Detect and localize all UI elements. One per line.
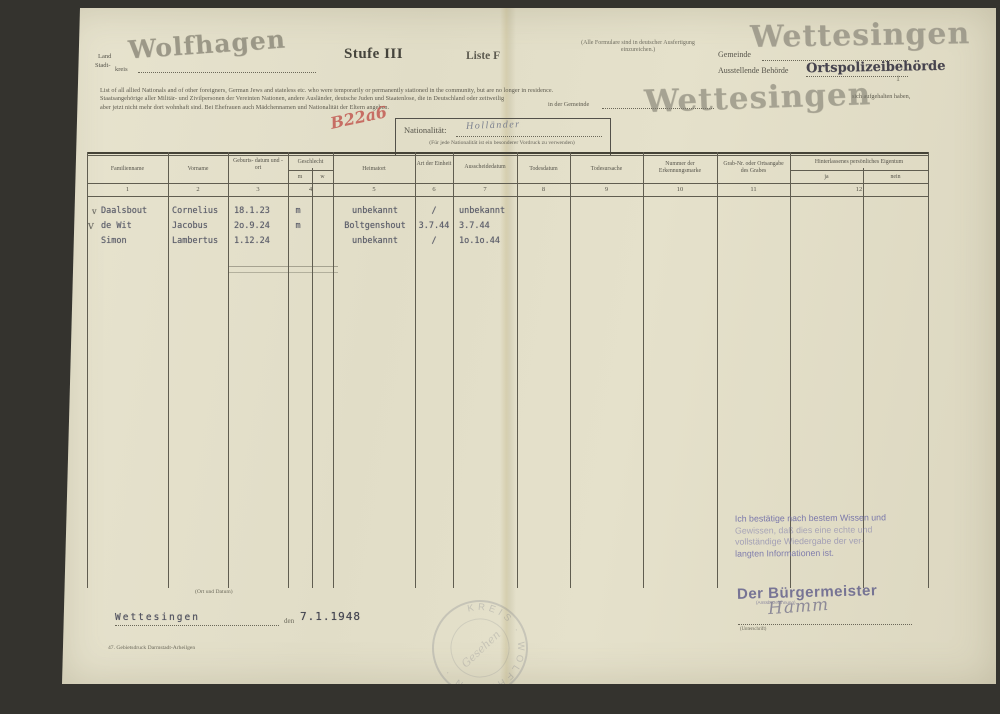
cell-einheit: /: [415, 206, 453, 216]
land-label: Land: [98, 53, 111, 60]
intro-gemeinde-fragment: in der Gemeinde: [548, 101, 589, 108]
col-number: 1: [87, 186, 168, 193]
cell-einheit: /: [415, 236, 453, 246]
document-sheet: Land Stadt- kreis Wolfhagen Stufe III Li…: [62, 8, 996, 684]
col-subheader-m: m: [288, 174, 312, 181]
table-row: V de Wit Jacobus 2o.9.24 m Boltgenshout …: [87, 221, 928, 235]
cell-geschlecht: m: [290, 206, 306, 216]
cell-geschlecht: m: [290, 221, 306, 231]
ortspolizei-stamp: Ortspolizeibehörde: [806, 59, 946, 76]
land-line: [138, 72, 316, 73]
nationality-label: Nationalität:: [404, 125, 447, 135]
check-mark: V: [88, 222, 94, 231]
col-header-geschlecht: Geschlecht: [288, 159, 333, 166]
nationality-value: Holländer: [466, 119, 521, 132]
seal-inner-text: Gesehen: [459, 628, 503, 670]
eigentum-sub-rule: [790, 170, 928, 171]
nationality-box: Nationalität: Holländer (Für jede Nation…: [395, 118, 611, 156]
cell-heimatort: unbekannt: [335, 206, 415, 216]
page-mark: 1: [896, 74, 900, 83]
col-header-eigentum: Hinterlassenes persönliches Eigentum: [792, 159, 926, 166]
col-header-todesursache: Todesursache: [570, 166, 643, 173]
official-seal: KREIS · WOLFHAGEN · Gesehen: [414, 582, 545, 684]
cell-vorname: Cornelius: [172, 206, 218, 216]
imprint: 47. Gebietsdruck Darmstadt-Arheilgen: [108, 645, 195, 651]
cell-heimatort: Boltgenshout: [335, 221, 415, 231]
col-number: 2: [168, 186, 228, 193]
date-typed-value: 7.1.1948: [300, 610, 361, 623]
cell-geburtsdatum: 18.1.23: [234, 206, 270, 216]
cell-ausscheidedatum: unbekannt: [459, 206, 505, 216]
wettesingen-stamp-top: Wettesingen: [750, 16, 971, 55]
col-number: 11: [717, 186, 790, 193]
liste-title: Liste F: [466, 50, 500, 62]
col-number: 6: [415, 186, 453, 193]
cell-ausscheidedatum: 1o.1o.44: [459, 236, 500, 246]
stadt-label: Stadt-: [95, 62, 111, 69]
col-number: 8: [517, 186, 570, 193]
table-column-line: [928, 152, 929, 588]
col-header-familienname: Familienname: [87, 166, 168, 173]
dash-mark: [228, 266, 338, 267]
ausfertigung-note: (Alle Formulare sind in deutscher Ausfer…: [574, 40, 702, 54]
scan-background: Land Stadt- kreis Wolfhagen Stufe III Li…: [0, 0, 1000, 714]
col-subheader-ja: ja: [790, 174, 863, 181]
behoerde-label: Ausstellende Behörde: [718, 66, 788, 75]
cell-familienname: de Wit: [101, 221, 132, 231]
table-row: v Daalsbout Cornelius 18.1.23 m unbekann…: [87, 206, 928, 220]
col-header-grab: Grab-Nr. oder Ortsangabe des Grabes: [719, 161, 788, 174]
table-top-rule2: [87, 155, 928, 156]
cell-familienname: Daalsbout: [101, 206, 147, 216]
nationality-line: [456, 136, 602, 137]
cell-ausscheidedatum: 3.7.44: [459, 221, 490, 231]
table-row: Simon Lambertus 1.12.24 unbekannt / 1o.1…: [87, 236, 928, 250]
table-header-rule: [87, 183, 928, 184]
cell-heimatort: unbekannt: [335, 236, 415, 246]
kreis-label: kreis: [115, 66, 128, 73]
col-header-einheit: Art der Einheit: [416, 161, 452, 168]
ort-typed-value: Wettesingen: [115, 612, 200, 623]
col-subheader-nein: nein: [863, 174, 928, 181]
col-number: 7: [453, 186, 517, 193]
col-number: 3: [228, 186, 288, 193]
wolfhagen-stamp: Wolfhagen: [127, 25, 287, 65]
cell-geburtsdatum: 2o.9.24: [234, 221, 270, 231]
certification-stamp: Ich bestätige nach bestem Wissen und Gew…: [735, 512, 887, 559]
nationality-hint: (Für jede Nationalität ist ein besondere…: [400, 140, 604, 146]
cell-familienname: Simon: [101, 236, 127, 246]
col-header-heimatort: Heimatort: [333, 166, 415, 173]
cell-einheit: 3.7.44: [415, 221, 453, 231]
col-number: 9: [570, 186, 643, 193]
col-subheader-w: w: [312, 174, 333, 181]
signature-line: [738, 624, 912, 625]
cell-vorname: Jacobus: [172, 221, 208, 231]
cell-geburtsdatum: 1.12.24: [234, 236, 270, 246]
intro-line1: List of all allied Nationals and of othe…: [100, 87, 553, 94]
col-number: 12: [790, 186, 928, 193]
signature: Hamm: [767, 595, 829, 619]
certification-line: langten Informationen ist.: [735, 547, 886, 560]
table-number-rule: [87, 196, 928, 197]
check-mark: v: [92, 207, 97, 216]
col-header-geburtsdatum: Geburts- datum und -ort: [230, 158, 286, 171]
signature-label: (Unterschrift): [740, 627, 766, 632]
ort-line: [115, 625, 279, 626]
col-header-todesdatum: Todesdatum: [517, 166, 570, 173]
col-header-ausscheidedatum: Ausscheidedatum: [454, 164, 516, 171]
col-number: 4: [288, 186, 333, 193]
col-header-erkennungsmarke: Nummer der Erkennungsmarke: [645, 161, 715, 174]
gemeinde-label: Gemeinde: [718, 50, 751, 59]
ort-datum-label: (Ort und Datum): [195, 589, 233, 595]
col-number: 10: [643, 186, 717, 193]
stufe-title: Stufe III: [344, 46, 403, 63]
cell-vorname: Lambertus: [172, 236, 218, 246]
intro-line2: Staatsangehörige aller Militär- und Zivi…: [100, 95, 504, 102]
wettesingen-stamp-mid: Wettesingen: [643, 76, 871, 120]
dash-mark: [228, 272, 338, 273]
den-label: den: [284, 617, 294, 625]
col-number: 5: [333, 186, 415, 193]
table-top-rule: [87, 152, 928, 154]
col-header-vorname: Vorname: [168, 166, 228, 173]
geschlecht-sub-rule: [288, 170, 333, 171]
